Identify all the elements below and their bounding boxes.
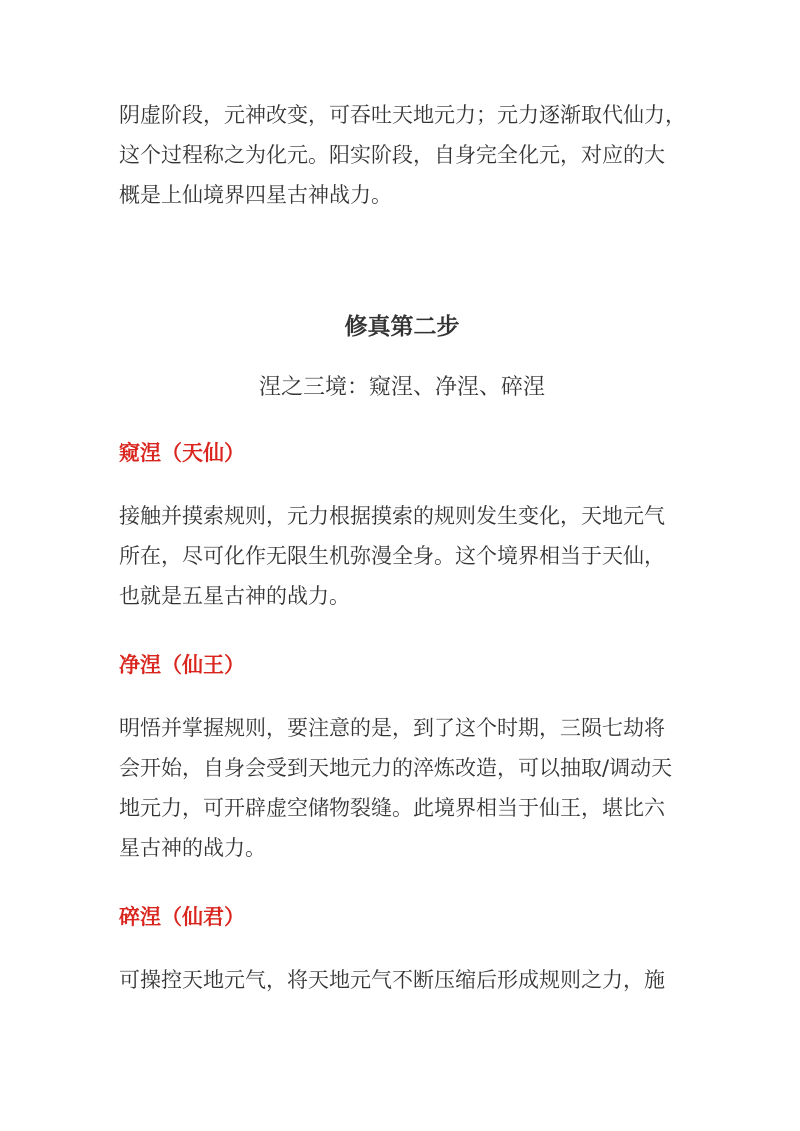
text-line: 会开始，自身会受到天地元力的淬炼改造，可以抽取/调动天 (119, 748, 685, 788)
document-content: 阴虚阶段，元神改变，可吞吐天地元力；元力逐渐取代仙力， 这个过程称之为化元。阳实… (119, 0, 685, 1000)
text-line: 概是上仙境界四星古神战力。 (119, 175, 685, 215)
text-line: 地元力，可开辟虚空储物裂缝。此境界相当于仙王，堪比六 (119, 788, 685, 828)
text-line: 明悟并掌握规则，要注意的是，到了这个时期，三陨七劫将 (119, 708, 685, 748)
section-paragraph: 接触并摸索规则，元力根据摸索的规则发生变化，天地元气 所在，尽可化作无限生机弥漫… (119, 496, 685, 616)
text-line: 星古神的战力。 (119, 828, 685, 868)
text-line: 接触并摸索规则，元力根据摸索的规则发生变化，天地元气 (119, 496, 685, 536)
subtitle: 涅之三境：窥涅、净涅、碎涅 (119, 372, 685, 404)
section-title-jingnie: 净涅（仙王） (119, 649, 685, 681)
text-line: 可操控天地元气，将天地元气不断压缩后形成规则之力，施 (119, 960, 685, 1000)
document-page: 阴虚阶段，元神改变，可吞吐天地元力；元力逐渐取代仙力， 这个过程称之为化元。阳实… (0, 0, 800, 1131)
text-line: 所在，尽可化作无限生机弥漫全身。这个境界相当于天仙， (119, 536, 685, 576)
text-line: 这个过程称之为化元。阳实阶段，自身完全化元，对应的大 (119, 135, 685, 175)
text-line: 阴虚阶段，元神改变，可吞吐天地元力；元力逐渐取代仙力， (119, 95, 685, 135)
section-paragraph: 明悟并掌握规则，要注意的是，到了这个时期，三陨七劫将 会开始，自身会受到天地元力… (119, 708, 685, 868)
section-title-suinie: 碎涅（仙君） (119, 901, 685, 933)
intro-paragraph: 阴虚阶段，元神改变，可吞吐天地元力；元力逐渐取代仙力， 这个过程称之为化元。阳实… (119, 95, 685, 215)
section-paragraph: 可操控天地元气，将天地元气不断压缩后形成规则之力，施 (119, 960, 685, 1000)
section-title-kuinie: 窥涅（天仙） (119, 437, 685, 469)
text-line: 也就是五星古神的战力。 (119, 576, 685, 616)
page-title: 修真第二步 (119, 311, 685, 343)
